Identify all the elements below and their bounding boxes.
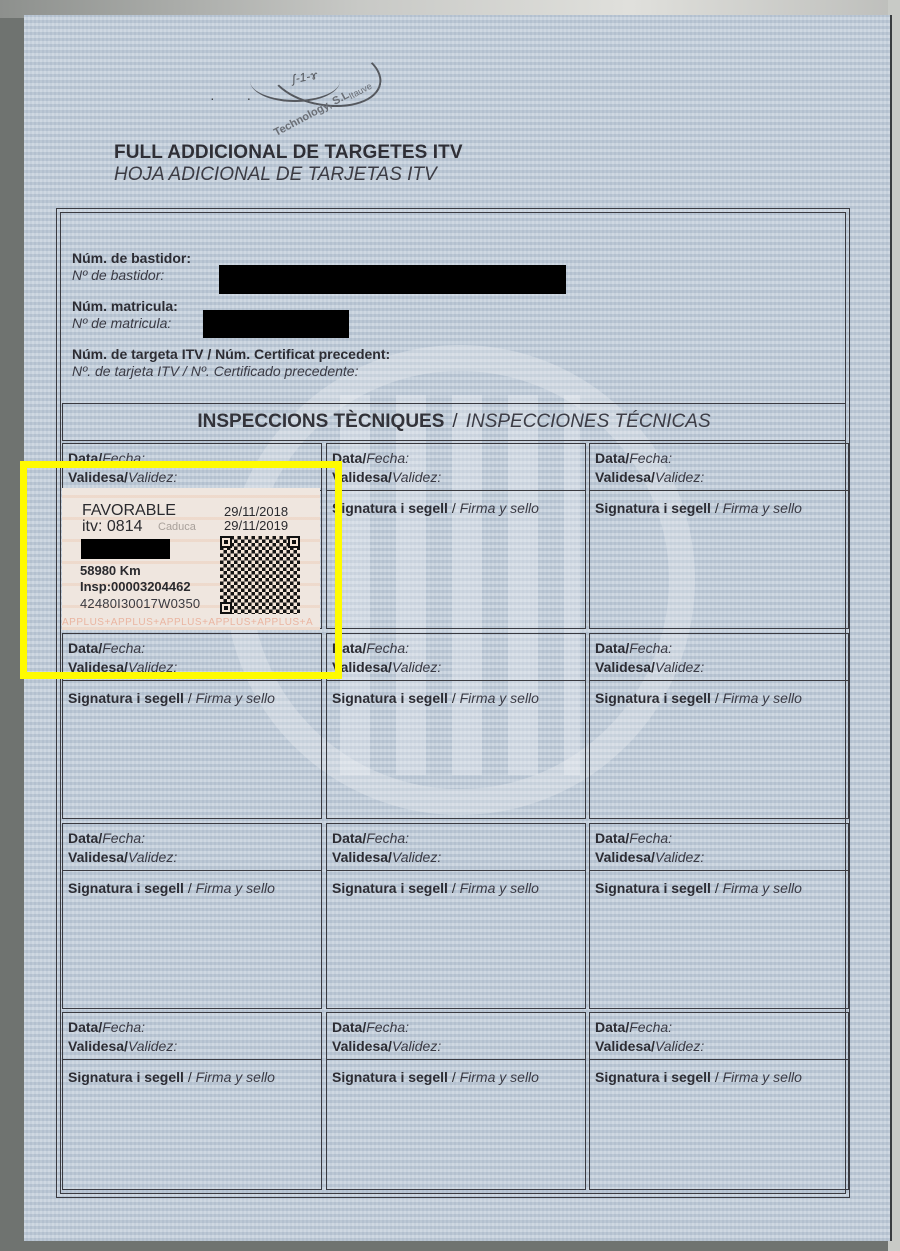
cell-validity-label: Validesa/Validez:	[595, 469, 704, 485]
label-matricula-es: Nº de matricula:	[72, 315, 178, 332]
inspection-cell: Data/Fecha:Validesa/Validez:Signatura i …	[326, 1012, 586, 1190]
cell-date-label: Data/Fecha:	[595, 1019, 672, 1035]
label-targeta-ca: Núm. de targeta ITV / Núm. Certificat pr…	[72, 346, 390, 363]
redacted-bastidor-value	[219, 265, 566, 294]
cell-validity-label: Validesa/Validez:	[332, 469, 441, 485]
heading-catalan: INSPECCIONS TÈCNIQUES	[197, 411, 444, 432]
cell-signature-label: Signatura i segell / Firma y sello	[332, 690, 539, 706]
redacted-matricula-value	[203, 310, 349, 338]
inspection-cell: Data/Fecha:Validesa/Validez:Signatura i …	[589, 1012, 849, 1190]
label-targeta-es: Nº. de tarjeta ITV / Nº. Certificado pre…	[72, 363, 390, 380]
cell-signature-label: Signatura i segell / Firma y sello	[332, 1069, 539, 1085]
cell-validity-label: Validesa/Validez:	[332, 659, 441, 675]
cell-signature-label: Signatura i segell / Firma y sello	[68, 880, 275, 896]
inspection-cell: Data/Fecha:Validesa/Validez:Signatura i …	[62, 1012, 322, 1190]
inspection-cell: Data/Fecha:Validesa/Validez:Signatura i …	[589, 823, 849, 1009]
cell-signature-label: Signatura i segell / Firma y sello	[332, 880, 539, 896]
inspection-cell: Data/Fecha:Validesa/Validez:Signatura i …	[326, 633, 586, 819]
label-matricula-ca: Núm. matricula:	[72, 298, 178, 315]
cell-signature-label: Signatura i segell / Firma y sello	[68, 1069, 275, 1085]
cell-date-label: Data/Fecha:	[332, 1019, 409, 1035]
section-heading: INSPECCIONS TÈCNIQUES/INSPECCIONES TÉCNI…	[62, 403, 846, 441]
cell-validity-label: Validesa/Validez:	[595, 1038, 704, 1054]
cell-date-label: Data/Fecha:	[595, 830, 672, 846]
cell-date-label: Data/Fecha:	[68, 1019, 145, 1035]
field-targeta: Núm. de targeta ITV / Núm. Certificat pr…	[72, 346, 390, 380]
cell-signature-label: Signatura i segell / Firma y sello	[595, 880, 802, 896]
cell-validity-label: Validesa/Validez:	[332, 1038, 441, 1054]
cell-validity-label: Validesa/Validez:	[68, 849, 177, 865]
cell-signature-label: Signatura i segell / Firma y sello	[595, 1069, 802, 1085]
highlight-box	[20, 461, 342, 679]
cell-date-label: Data/Fecha:	[595, 450, 672, 466]
cell-validity-label: Validesa/Validez:	[595, 659, 704, 675]
cell-signature-label: Signatura i segell / Firma y sello	[595, 690, 802, 706]
cell-signature-label: Signatura i segell / Firma y sello	[332, 500, 539, 516]
title-spanish: HOJA ADICIONAL DE TARJETAS ITV	[114, 164, 463, 186]
title-catalan: FULL ADDICIONAL DE TARGETES ITV	[114, 142, 463, 164]
cell-date-label: Data/Fecha:	[332, 830, 409, 846]
field-matricula: Núm. matricula: Nº de matricula:	[72, 298, 178, 332]
cell-date-label: Data/Fecha:	[595, 640, 672, 656]
cell-validity-label: Validesa/Validez:	[332, 849, 441, 865]
heading-separator: /	[452, 411, 457, 432]
label-bastidor-ca: Núm. de bastidor:	[72, 250, 191, 267]
cell-date-label: Data/Fecha:	[332, 450, 409, 466]
label-bastidor-es: Nº de bastidor:	[72, 267, 191, 284]
document-title: FULL ADDICIONAL DE TARGETES ITV HOJA ADI…	[114, 142, 463, 186]
cell-signature-label: Signatura i segell / Firma y sello	[595, 500, 802, 516]
cell-signature-label: Signatura i segell / Firma y sello	[68, 690, 275, 706]
field-bastidor: Núm. de bastidor: Nº de bastidor:	[72, 250, 191, 284]
company-stamp: ʃ-1-ɤ · · Technology, S.L Itauve	[180, 60, 390, 150]
cell-validity-label: Validesa/Validez:	[68, 1038, 177, 1054]
heading-spanish: INSPECCIONES TÉCNICAS	[466, 411, 711, 432]
inspection-cell: Data/Fecha:Validesa/Validez:Signatura i …	[589, 443, 849, 629]
stamp-marks: · ·	[210, 90, 265, 106]
inspection-cell: Data/Fecha:Validesa/Validez:Signatura i …	[62, 823, 322, 1009]
cell-validity-label: Validesa/Validez:	[595, 849, 704, 865]
inspection-cell: Data/Fecha:Validesa/Validez:Signatura i …	[326, 443, 586, 629]
inspection-cell: Data/Fecha:Validesa/Validez:Signatura i …	[326, 823, 586, 1009]
cell-date-label: Data/Fecha:	[332, 640, 409, 656]
inspection-cell: Data/Fecha:Validesa/Validez:Signatura i …	[589, 633, 849, 819]
cell-date-label: Data/Fecha:	[68, 830, 145, 846]
